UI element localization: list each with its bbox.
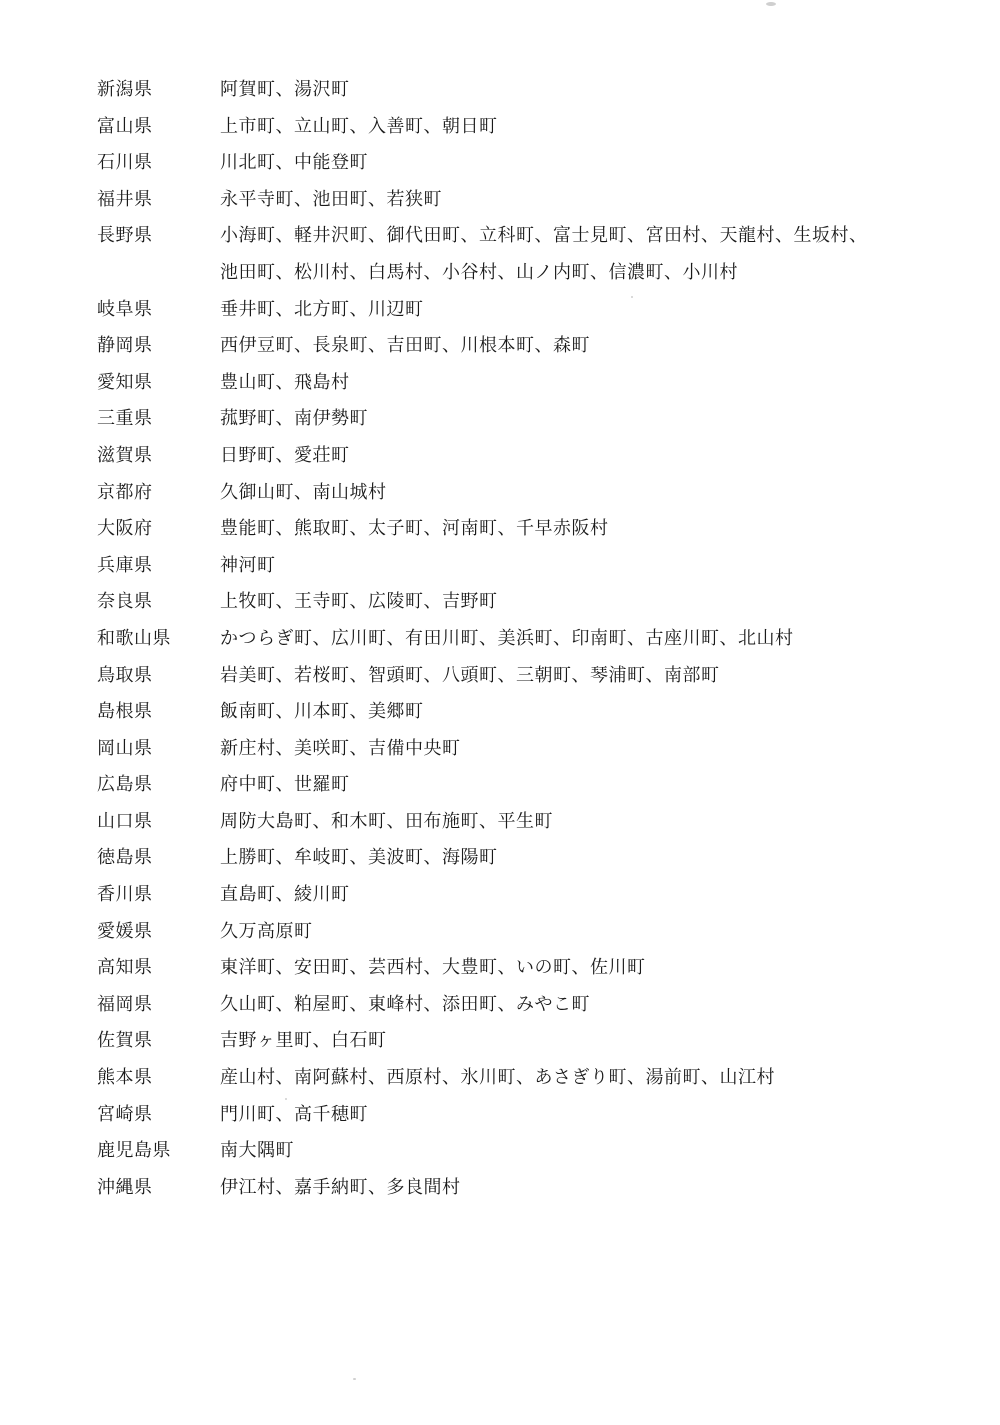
scanned-document-page: 新潟県阿賀町、湯沢町 富山県上市町、立山町、入善町、朝日町 石川県川北町、中能登… <box>0 0 1000 1425</box>
town-list: 新庄村、美咲町、吉備中央町 <box>220 731 977 768</box>
town-list: 日野町、愛荘町 <box>220 438 977 475</box>
town-list: 川北町、中能登町 <box>220 145 977 182</box>
prefecture-name: 福井県 <box>97 182 220 219</box>
town-list: 豊能町、熊取町、太子町、河南町、千早赤阪村 <box>220 511 977 548</box>
prefecture-name: 和歌山県 <box>97 621 220 658</box>
list-item: 岡山県新庄村、美咲町、吉備中央町 <box>97 731 977 768</box>
town-list: 久山町、粕屋町、東峰村、添田町、みやこ町 <box>220 987 977 1024</box>
list-item: 鹿児島県南大隅町 <box>97 1133 977 1170</box>
town-list: 久御山町、南山城村 <box>220 475 977 512</box>
prefecture-name: 鳥取県 <box>97 658 220 695</box>
town-list: 岩美町、若桜町、智頭町、八頭町、三朝町、琴浦町、南部町 <box>220 658 977 695</box>
prefecture-name: 徳島県 <box>97 840 220 877</box>
prefecture-name: 愛知県 <box>97 365 220 402</box>
prefecture-name: 京都府 <box>97 475 220 512</box>
list-item: 新潟県阿賀町、湯沢町 <box>97 72 977 109</box>
list-item: 福岡県久山町、粕屋町、東峰村、添田町、みやこ町 <box>97 987 977 1024</box>
prefecture-name: 宮崎県 <box>97 1097 220 1134</box>
list-item: 奈良県上牧町、王寺町、広陵町、吉野町 <box>97 584 977 621</box>
town-list: 上牧町、王寺町、広陵町、吉野町 <box>220 584 977 621</box>
town-list: 垂井町、北方町、川辺町 <box>220 292 977 329</box>
list-item: 三重県菰野町、南伊勢町 <box>97 401 977 438</box>
list-item: 滋賀県日野町、愛荘町 <box>97 438 977 475</box>
town-list: 上市町、立山町、入善町、朝日町 <box>220 109 977 146</box>
prefecture-name: 新潟県 <box>97 72 220 109</box>
prefecture-name: 香川県 <box>97 877 220 914</box>
scan-artifact <box>353 1378 356 1380</box>
list-item: 山口県周防大島町、和木町、田布施町、平生町 <box>97 804 977 841</box>
list-item: 和歌山県かつらぎ町、広川町、有田川町、美浜町、印南町、古座川町、北山村 <box>97 621 977 658</box>
town-list: 門川町、高千穂町 <box>220 1097 977 1134</box>
town-list: 永平寺町、池田町、若狭町 <box>220 182 977 219</box>
town-list: 豊山町、飛島村 <box>220 365 977 402</box>
prefecture-name: 兵庫県 <box>97 548 220 585</box>
town-list: 産山村、南阿蘇村、西原村、氷川町、あさぎり町、湯前町、山江村 <box>220 1060 977 1097</box>
list-item: 愛媛県久万高原町 <box>97 914 977 951</box>
prefecture-name: 熊本県 <box>97 1060 220 1097</box>
prefecture-name: 富山県 <box>97 109 220 146</box>
prefecture-town-list: 新潟県阿賀町、湯沢町 富山県上市町、立山町、入善町、朝日町 石川県川北町、中能登… <box>97 72 977 1206</box>
list-item: 愛知県豊山町、飛島村 <box>97 365 977 402</box>
prefecture-name: 岡山県 <box>97 731 220 768</box>
town-list: 周防大島町、和木町、田布施町、平生町 <box>220 804 977 841</box>
town-list: 阿賀町、湯沢町 <box>220 72 977 109</box>
prefecture-name: 島根県 <box>97 694 220 731</box>
list-item: 宮崎県門川町、高千穂町 <box>97 1097 977 1134</box>
list-item: 香川県直島町、綾川町 <box>97 877 977 914</box>
prefecture-name: 滋賀県 <box>97 438 220 475</box>
prefecture-name: 三重県 <box>97 401 220 438</box>
scan-artifact <box>631 296 633 298</box>
town-list: 伊江村、嘉手納町、多良間村 <box>220 1170 977 1207</box>
town-list: 直島町、綾川町 <box>220 877 977 914</box>
list-item: 島根県飯南町、川本町、美郷町 <box>97 694 977 731</box>
prefecture-name: 石川県 <box>97 145 220 182</box>
list-item: 石川県川北町、中能登町 <box>97 145 977 182</box>
list-item: 長野県小海町、軽井沢町、御代田町、立科町、富士見町、宮田村、天龍村、生坂村、 池… <box>97 218 977 291</box>
town-list: 東洋町、安田町、芸西村、大豊町、いの町、佐川町 <box>220 950 977 987</box>
prefecture-name: 静岡県 <box>97 328 220 365</box>
town-list: 飯南町、川本町、美郷町 <box>220 694 977 731</box>
prefecture-name: 佐賀県 <box>97 1023 220 1060</box>
list-item: 広島県府中町、世羅町 <box>97 767 977 804</box>
town-list: 西伊豆町、長泉町、吉田町、川根本町、森町 <box>220 328 977 365</box>
town-list: かつらぎ町、広川町、有田川町、美浜町、印南町、古座川町、北山村 <box>220 621 977 658</box>
town-list: 小海町、軽井沢町、御代田町、立科町、富士見町、宮田村、天龍村、生坂村、 池田町、… <box>220 218 977 291</box>
town-list: 上勝町、牟岐町、美波町、海陽町 <box>220 840 977 877</box>
list-item: 大阪府豊能町、熊取町、太子町、河南町、千早赤阪村 <box>97 511 977 548</box>
scan-artifact <box>285 1098 287 1100</box>
prefecture-name: 長野県 <box>97 218 220 255</box>
prefecture-name: 愛媛県 <box>97 914 220 951</box>
list-item: 高知県東洋町、安田町、芸西村、大豊町、いの町、佐川町 <box>97 950 977 987</box>
list-item: 徳島県上勝町、牟岐町、美波町、海陽町 <box>97 840 977 877</box>
prefecture-name: 山口県 <box>97 804 220 841</box>
prefecture-name: 沖縄県 <box>97 1170 220 1207</box>
list-item: 鳥取県岩美町、若桜町、智頭町、八頭町、三朝町、琴浦町、南部町 <box>97 658 977 695</box>
town-list: 神河町 <box>220 548 977 585</box>
town-list: 南大隅町 <box>220 1133 977 1170</box>
prefecture-name: 岐阜県 <box>97 292 220 329</box>
list-item: 熊本県産山村、南阿蘇村、西原村、氷川町、あさぎり町、湯前町、山江村 <box>97 1060 977 1097</box>
list-item: 京都府久御山町、南山城村 <box>97 475 977 512</box>
list-item: 岐阜県垂井町、北方町、川辺町 <box>97 292 977 329</box>
prefecture-name: 広島県 <box>97 767 220 804</box>
list-item: 福井県永平寺町、池田町、若狭町 <box>97 182 977 219</box>
list-item: 佐賀県吉野ヶ里町、白石町 <box>97 1023 977 1060</box>
list-item: 富山県上市町、立山町、入善町、朝日町 <box>97 109 977 146</box>
prefecture-name: 鹿児島県 <box>97 1133 220 1170</box>
town-list: 吉野ヶ里町、白石町 <box>220 1023 977 1060</box>
list-item: 兵庫県神河町 <box>97 548 977 585</box>
prefecture-name: 福岡県 <box>97 987 220 1024</box>
town-list: 久万高原町 <box>220 914 977 951</box>
list-item: 静岡県西伊豆町、長泉町、吉田町、川根本町、森町 <box>97 328 977 365</box>
scan-artifact <box>766 2 776 6</box>
town-list: 府中町、世羅町 <box>220 767 977 804</box>
prefecture-name: 奈良県 <box>97 584 220 621</box>
prefecture-name: 大阪府 <box>97 511 220 548</box>
prefecture-name: 高知県 <box>97 950 220 987</box>
town-list: 菰野町、南伊勢町 <box>220 401 977 438</box>
list-item: 沖縄県伊江村、嘉手納町、多良間村 <box>97 1170 977 1207</box>
